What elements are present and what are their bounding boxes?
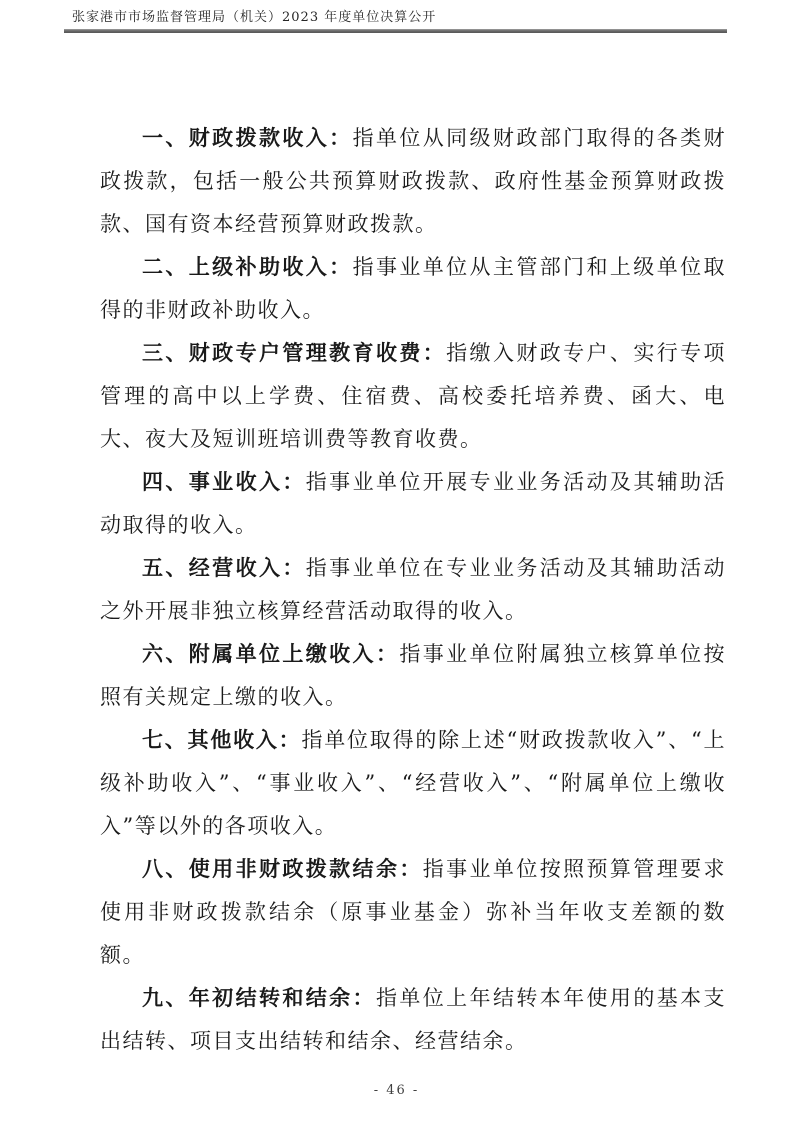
document-page: 张家港市市场监督管理局（机关）2023 年度单位决算公开 一、财政拨款收入：指单… [0,0,793,1122]
paragraph-8-term: 八、使用非财政拨款结余： [142,857,423,881]
paragraph-4: 四、事业收入：指事业单位开展专业业务活动及其辅助活动取得的收入。 [100,461,726,547]
document-body: 一、财政拨款收入：指单位从同级财政部门取得的各类财政拨款，包括一般公共预算财政拨… [100,117,726,1063]
paragraph-5-term: 五、经营收入： [142,556,306,580]
paragraph-1-term: 一、财政拨款收入： [142,126,353,150]
page-footer: - 46 - [0,1083,793,1098]
paragraph-4-term: 四、事业收入： [142,470,306,494]
paragraph-8: 八、使用非财政拨款结余：指事业单位按照预算管理要求使用非财政拨款结余（原事业基金… [100,848,726,977]
header-rule [64,29,727,33]
paragraph-5: 五、经营收入：指事业单位在专业业务活动及其辅助活动之外开展非独立核算经营活动取得… [100,547,726,633]
paragraph-9: 九、年初结转和结余：指单位上年结转本年使用的基本支出结转、项目支出结转和结余、经… [100,977,726,1063]
paragraph-3: 三、财政专户管理教育收费：指缴入财政专户、实行专项管理的高中以上学费、住宿费、高… [100,332,726,461]
paragraph-9-term: 九、年初结转和结余： [142,986,376,1010]
page-number: - 46 - [374,1083,420,1098]
page-header: 张家港市市场监督管理局（机关）2023 年度单位决算公开 [64,10,727,33]
paragraph-3-term: 三、财政专户管理教育收费： [142,341,446,365]
paragraph-6-term: 六、附属单位上缴收入： [142,642,399,666]
header-title: 张家港市市场监督管理局（机关）2023 年度单位决算公开 [64,10,727,26]
paragraph-1: 一、财政拨款收入：指单位从同级财政部门取得的各类财政拨款，包括一般公共预算财政拨… [100,117,726,246]
paragraph-7-term: 七、其他收入： [142,728,301,752]
paragraph-7: 七、其他收入：指单位取得的除上述“财政拨款收入”、“上级补助收入”、“事业收入”… [100,719,726,848]
paragraph-6: 六、附属单位上缴收入：指事业单位附属独立核算单位按照有关规定上缴的收入。 [100,633,726,719]
paragraph-2: 二、上级补助收入：指事业单位从主管部门和上级单位取得的非财政补助收入。 [100,246,726,332]
paragraph-2-term: 二、上级补助收入： [142,255,353,279]
